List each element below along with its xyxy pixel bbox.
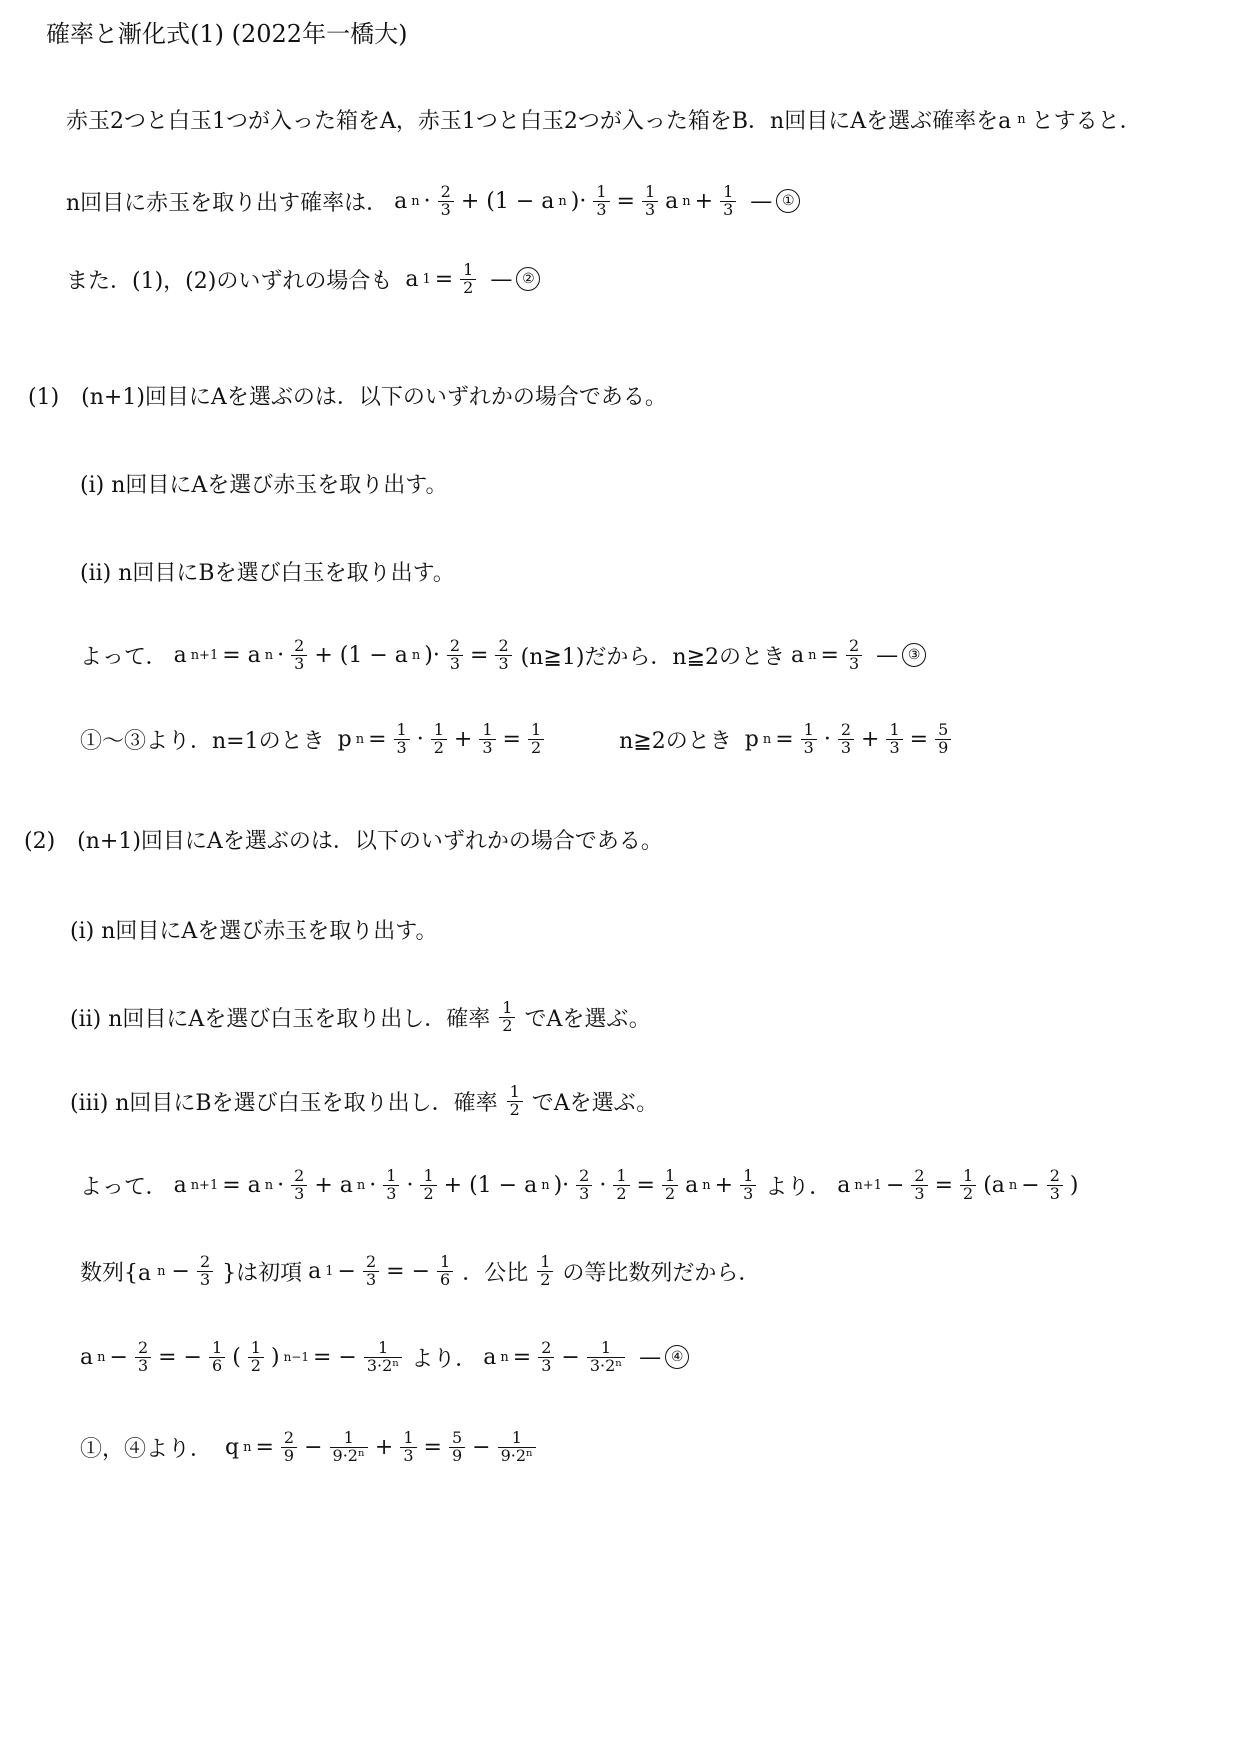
formula: an· 23 + (1 − an)· 13 = 13 an + 13 — ① (394, 184, 800, 219)
text: (i) n回目にAを選び赤玉を取り出す。 (70, 914, 438, 945)
text: (2) (n+1)回目にAを選ぶのは．以下のいずれかの場合である。 (24, 824, 663, 855)
part2-case-ii: (ii) n回目にAを選び白玉を取り出し．確率 12 でAを選ぶ。 (70, 1000, 651, 1035)
text: (iii) n回目にBを選び白玉を取り出し．確率 (70, 1086, 498, 1117)
text: の等比数列だから． (562, 1256, 760, 1287)
formula: an+1 = an· 23 + an· 13· 12 + (1 − an)· 2… (174, 1168, 760, 1203)
text: }は初項 (222, 1256, 302, 1287)
formula: pn = 13· 12 + 13 = 12 (331, 722, 548, 757)
initial-condition: また．(1)，(2)のいずれの場合も a1 = 12 — ② (66, 262, 540, 297)
text: でAを選ぶ。 (532, 1086, 658, 1117)
part1-case-ii: (ii) n回目にBを選び白玉を取り出す。 (80, 556, 455, 587)
text: n≧2のとき (619, 724, 732, 755)
formula: an = 23 — ③ (791, 638, 926, 673)
text: 数列{a (80, 1256, 151, 1287)
text: (n≧1)だから．n≧2のとき (521, 640, 785, 671)
text: より． (411, 1342, 477, 1373)
text: (1) (n+1)回目にAを選ぶのは．以下のいずれかの場合である。 (28, 380, 667, 411)
fraction: 23 (438, 184, 454, 219)
formula: an = 23 − 13·2ⁿ — ④ (483, 1340, 689, 1375)
problem-setup: 赤玉2つと白玉1つが入った箱をA，赤玉1つと白玉2つが入った箱をB．n回目にAを… (66, 104, 1142, 135)
equation-label-3: ③ (902, 643, 926, 667)
page-title: 確率と漸化式(1) (2022年一橋大) (46, 14, 407, 49)
text: ①～③より．n=1のとき (80, 724, 325, 755)
fraction: 13 (642, 184, 658, 219)
part2-answer: ①，④より． qn = 29 − 19·2ⁿ + 13 = 59 − 19·2ⁿ (80, 1430, 539, 1465)
text: ①，④より． (80, 1432, 212, 1463)
equation-label-1: ① (776, 189, 800, 213)
part1-answer: ①～③より．n=1のとき pn = 13· 12 + 13 = 12 n≧2のと… (80, 722, 954, 757)
text: ．公比 (462, 1256, 528, 1287)
equation-label-2: ② (516, 267, 540, 291)
part2-case-i: (i) n回目にAを選び赤玉を取り出す。 (70, 914, 438, 945)
formula: a1 − 23 = − 16 (308, 1254, 456, 1289)
part2-geometric: 数列{an − 23 }は初項 a1 − 23 = − 16 ．公比 12 の等… (80, 1254, 760, 1289)
text: より． (765, 1170, 831, 1201)
text: よって． (80, 1170, 168, 1201)
text: よって． (80, 640, 168, 671)
part1-heading: (1) (n+1)回目にAを選ぶのは．以下のいずれかの場合である。 (28, 380, 667, 411)
part2-case-iii: (iii) n回目にBを選び白玉を取り出し．確率 12 でAを選ぶ。 (70, 1084, 658, 1119)
formula: an − 23 = − 16 (12)n−1 = − 13·2ⁿ (80, 1340, 405, 1375)
equation-label-4: ④ (665, 1345, 689, 1369)
formula: an+1 = an· 23 + (1 − an)· 23 = 23 (174, 638, 515, 673)
formula: an+1 − 23 = 12 (an − 23) (837, 1168, 1078, 1203)
subscript: n (1017, 112, 1025, 127)
part1-case-i: (i) n回目にAを選び赤玉を取り出す。 (80, 468, 448, 499)
setup-end: とすると． (1032, 104, 1142, 135)
text: (ii) n回目にBを選び白玉を取り出す。 (80, 556, 455, 587)
fraction: 12 (460, 262, 476, 297)
title-text: 確率と漸化式(1) (2022年一橋大) (46, 14, 407, 49)
formula: qn = 29 − 19·2ⁿ + 13 = 59 − 19·2ⁿ (218, 1430, 539, 1465)
fraction: 13 (720, 184, 736, 219)
fraction: 13 (593, 184, 609, 219)
part2-heading: (2) (n+1)回目にAを選ぶのは．以下のいずれかの場合である。 (24, 824, 663, 855)
formula: a1 = 12 — ② (398, 262, 540, 297)
part2-general-term: an − 23 = − 16 (12)n−1 = − 13·2ⁿ より． an … (80, 1340, 689, 1375)
part1-recurrence: よって． an+1 = an· 23 + (1 − an)· 23 = 23 (… (80, 638, 926, 673)
formula: pn = 13· 23 + 13 = 59 (738, 722, 955, 757)
text: (i) n回目にAを選び赤玉を取り出す。 (80, 468, 448, 499)
text: n回目に赤玉を取り出す確率は． (66, 186, 388, 217)
text: でAを選ぶ。 (524, 1002, 650, 1033)
red-ball-probability: n回目に赤玉を取り出す確率は． an· 23 + (1 − an)· 13 = … (66, 184, 800, 219)
part2-recurrence: よって． an+1 = an· 23 + an· 13· 12 + (1 − a… (80, 1168, 1079, 1203)
text: また．(1)，(2)のいずれの場合も (66, 264, 392, 295)
text: (ii) n回目にAを選び白玉を取り出し．確率 (70, 1002, 490, 1033)
setup-text: 赤玉2つと白玉1つが入った箱をA，赤玉1つと白玉2つが入った箱をB．n回目にAを… (66, 104, 1011, 135)
